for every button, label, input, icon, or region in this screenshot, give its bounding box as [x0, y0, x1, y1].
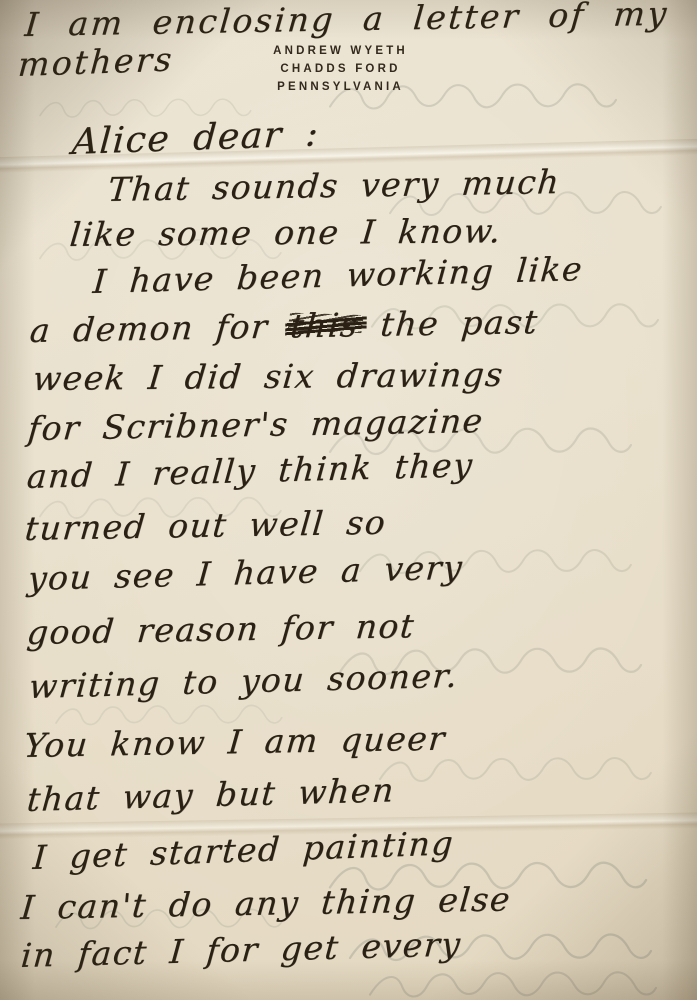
handwriting-line: week I did six drawings — [31, 355, 506, 398]
handwriting-line: That sounds very much — [106, 162, 562, 209]
handwriting-line: you see I have a very — [26, 548, 464, 598]
letter-page: I am enclosing a letter of my mothers AN… — [0, 0, 697, 1000]
handwriting-line: that way but when — [25, 770, 396, 819]
handwriting-line: You know I am queer — [22, 719, 447, 765]
annotation-line-2: mothers — [17, 40, 176, 84]
handwriting-line: writing to you sooner. — [27, 656, 459, 706]
handwriting-line: I have been working like — [91, 249, 584, 301]
annotation-line-1: I am enclosing a letter of my — [23, 0, 670, 44]
line-text-pre: a demon for — [28, 306, 292, 350]
handwriting-line: like some one I know. — [68, 211, 503, 254]
handwriting-line: in fact I for get every — [19, 925, 462, 975]
handwriting-line: and I really think they — [25, 445, 474, 496]
letterhead: ANDREW WYETH CHADDS FORD PENNSYLVANIA — [273, 42, 408, 96]
struck-out-word: this — [289, 305, 361, 345]
handwriting-line: turned out well so — [23, 503, 388, 548]
handwriting-line: I can't do any thing else — [19, 879, 513, 927]
salutation: Alice dear : — [71, 113, 321, 163]
handwriting-line: good reason for not — [25, 606, 416, 652]
handwriting-line: for Scribner's magazine — [26, 401, 485, 448]
handwriting-line: I get started painting — [32, 823, 456, 877]
letterhead-town: CHADDS FORD — [273, 60, 408, 78]
handwriting-line: a demon for this the past — [28, 302, 540, 350]
letterhead-state: PENNSYLVANIA — [273, 78, 408, 96]
line-text-post: the past — [357, 302, 540, 344]
letterhead-name: ANDREW WYETH — [273, 42, 408, 60]
